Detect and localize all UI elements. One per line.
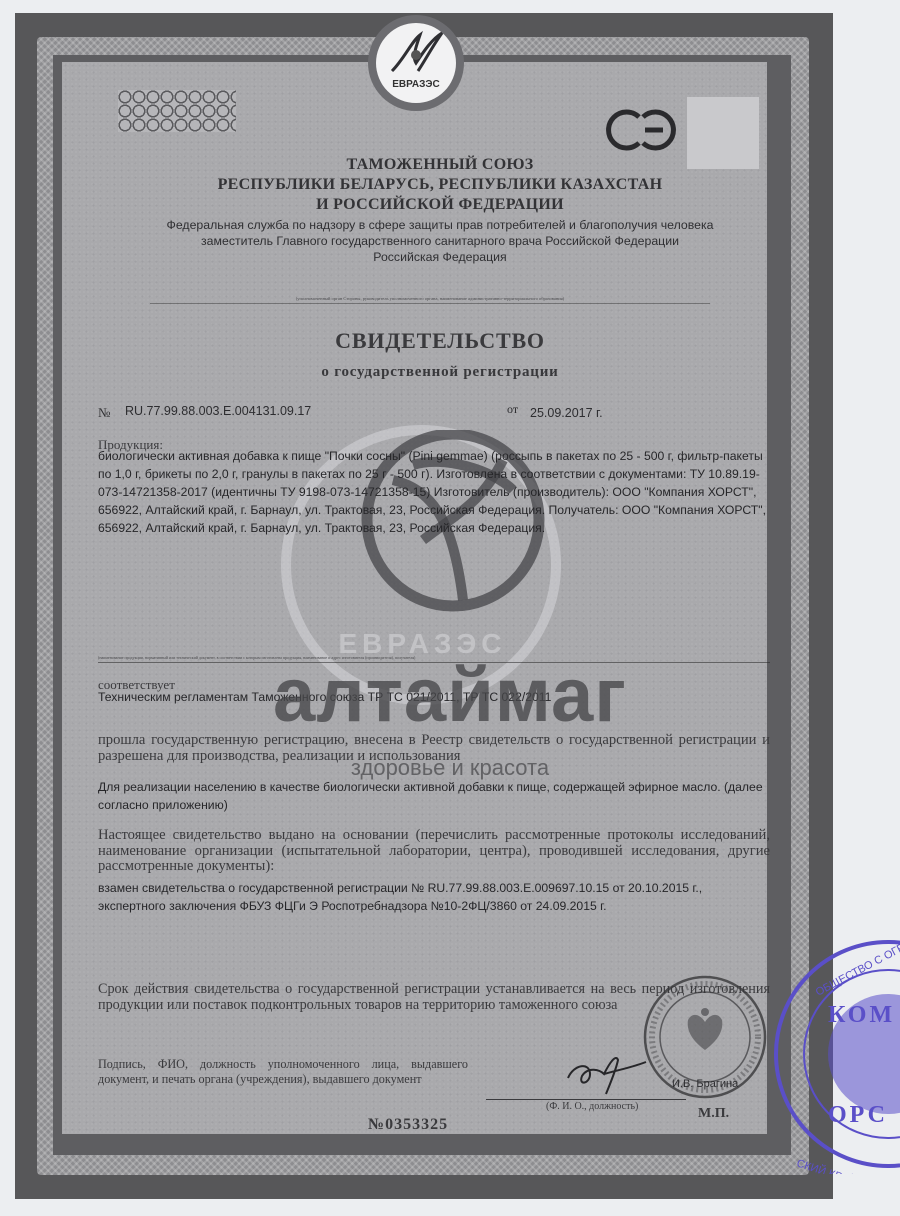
usage-scope: Для реализации населению в качестве биол… bbox=[98, 778, 770, 814]
product-description: биологически активная добавка к пище "По… bbox=[98, 447, 770, 537]
authority-caption: (уполномоченный орган Стороны, руководит… bbox=[150, 296, 710, 301]
brand-watermark: алтаймаг bbox=[190, 656, 710, 736]
registration-date: 25.09.2017 г. bbox=[530, 406, 603, 420]
basis-documents: взамен свидетельства о государственной р… bbox=[98, 879, 770, 915]
number-prefix: № bbox=[98, 405, 110, 421]
svg-text:СКИЙ КРАЙ, Г.: СКИЙ КРАЙ, Г. bbox=[795, 1156, 871, 1174]
basis-statement: Настоящее свидетельство выдано на основа… bbox=[98, 828, 770, 875]
se-conformity-mark-icon bbox=[605, 107, 677, 158]
company-stamp-icon: ОБЩЕСТВО С ОГРАНИЧ КОМ ОРС СКИЙ КРАЙ, Г. bbox=[758, 934, 900, 1179]
svg-text:КОМ: КОМ bbox=[828, 1002, 895, 1028]
handwritten-signature-icon bbox=[560, 1040, 670, 1105]
guilloche-pattern bbox=[118, 90, 236, 132]
date-prefix: от bbox=[507, 402, 518, 417]
signature-caption: Подпись, ФИО, должность уполномоченного … bbox=[98, 1057, 468, 1087]
svg-text:ОРС: ОРС bbox=[828, 1102, 888, 1128]
eurasec-emblem: ЕВРАЗЭС bbox=[368, 15, 464, 111]
registration-number: RU.77.99.88.003.Е.004131.09.17 bbox=[125, 404, 311, 418]
document-title: СВИДЕТЕЛЬСТВО bbox=[100, 328, 780, 354]
customs-union-heading: ТАМОЖЕННЫЙ СОЮЗ РЕСПУБЛИКИ БЕЛАРУСЬ, РЕС… bbox=[100, 155, 780, 215]
issuing-authority: Федеральная служба по надзору в сфере за… bbox=[100, 217, 780, 265]
eurasec-logo-icon: ЕВРАЗЭС bbox=[376, 23, 456, 103]
authority-divider bbox=[150, 303, 710, 304]
seal-label: М.П. bbox=[698, 1106, 729, 1122]
document-subtitle: о государственной регистрации bbox=[100, 364, 780, 381]
brand-tagline-watermark: здоровье и красота bbox=[290, 755, 610, 781]
emblem-label: ЕВРАЗЭС bbox=[376, 79, 456, 90]
blank-serial-number: №0353325 bbox=[368, 1116, 448, 1134]
signatory-name: И.В. Брагина bbox=[672, 1078, 738, 1090]
